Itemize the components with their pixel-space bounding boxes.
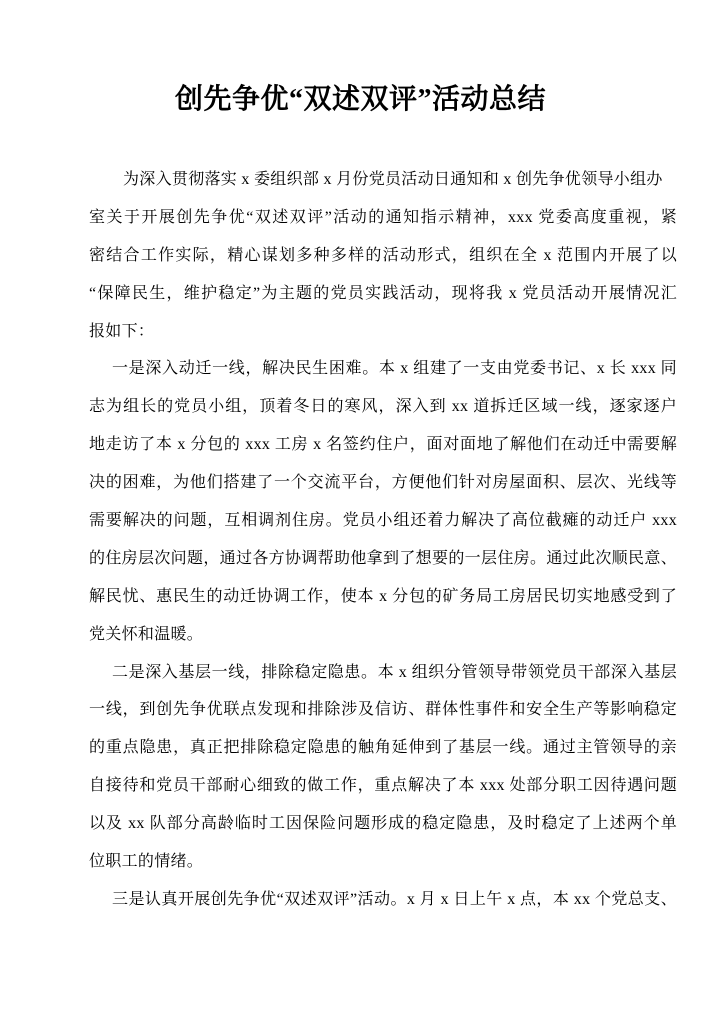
text-line: 位职工的情绪。 <box>89 843 677 881</box>
text-line: 解民忧、惠民生的动迁协调工作，使本 x 分包的矿务局工房居民切实地感受到了 <box>89 578 677 616</box>
text-line: 室关于开展创先争优“双述双评”活动的通知指示精神，xxx 党委高度重视，紧 <box>89 199 677 237</box>
text-line: 以及 xx 队部分高龄临时工因保险问题形成的稳定隐患，及时稳定了上述两个单 <box>89 805 677 843</box>
text-line: 的重点隐患，真正把排除稳定隐患的触角延伸到了基层一线。通过主管领导的亲 <box>89 729 677 767</box>
text-line: 自接待和党员干部耐心细致的做工作，重点解决了本 xxx 处部分职工因待遇问题 <box>89 767 677 805</box>
text-line: 为深入贯彻落实 x 委组织部 x 月份党员活动日通知和 x 创先争优领导小组办公 <box>89 161 677 199</box>
document-title: 创先争优“双述双评”活动总结 <box>0 82 721 118</box>
text-line: 三是认真开展创先争优“双述双评”活动。x 月 x 日上午 x 点，本 xx 个党… <box>89 881 677 919</box>
text-line: 一是深入动迁一线，解决民生困难。本 x 组建了一支由党委书记、x 长 xxx 同 <box>89 350 677 388</box>
text-line: 一线，到创先争优联点发现和排除涉及信访、群体性事件和安全生产等影响稳定 <box>89 691 677 729</box>
text-line: 二是深入基层一线，排除稳定隐患。本 x 组织分管领导带领党员干部深入基层 <box>89 654 677 692</box>
text-line: 党关怀和温暖。 <box>89 616 677 654</box>
text-line: 需要解决的问题，互相调剂住房。党员小组还着力解决了高位截瘫的动迁户 xxx <box>89 502 677 540</box>
text-line: 决的困难，为他们搭建了一个交流平台，方便他们针对房屋面积、层次、光线等 <box>89 464 677 502</box>
text-line: 志为组长的党员小组，顶着冬日的寒风，深入到 xx 道拆迁区域一线，逐家逐户 <box>89 388 677 426</box>
text-line: 密结合工作实际，精心谋划多种多样的活动形式，组织在全 x 范围内开展了以 <box>89 237 677 275</box>
document-page: 创先争优“双述双评”活动总结 为深入贯彻落实 x 委组织部 x 月份党员活动日通… <box>0 0 721 1020</box>
text-line: “保障民生，维护稳定”为主题的党员实践活动，现将我 x 党员活动开展情况汇 <box>89 275 677 313</box>
text-line: 报如下： <box>89 313 677 351</box>
text-line: 地走访了本 x 分包的 xxx 工房 x 名签约住户，面对面地了解他们在动迁中需… <box>89 426 677 464</box>
document-body: 为深入贯彻落实 x 委组织部 x 月份党员活动日通知和 x 创先争优领导小组办公… <box>89 161 677 919</box>
text-line: 的住房层次问题，通过各方协调帮助他拿到了想要的一层住房。通过此次顺民意、 <box>89 540 677 578</box>
